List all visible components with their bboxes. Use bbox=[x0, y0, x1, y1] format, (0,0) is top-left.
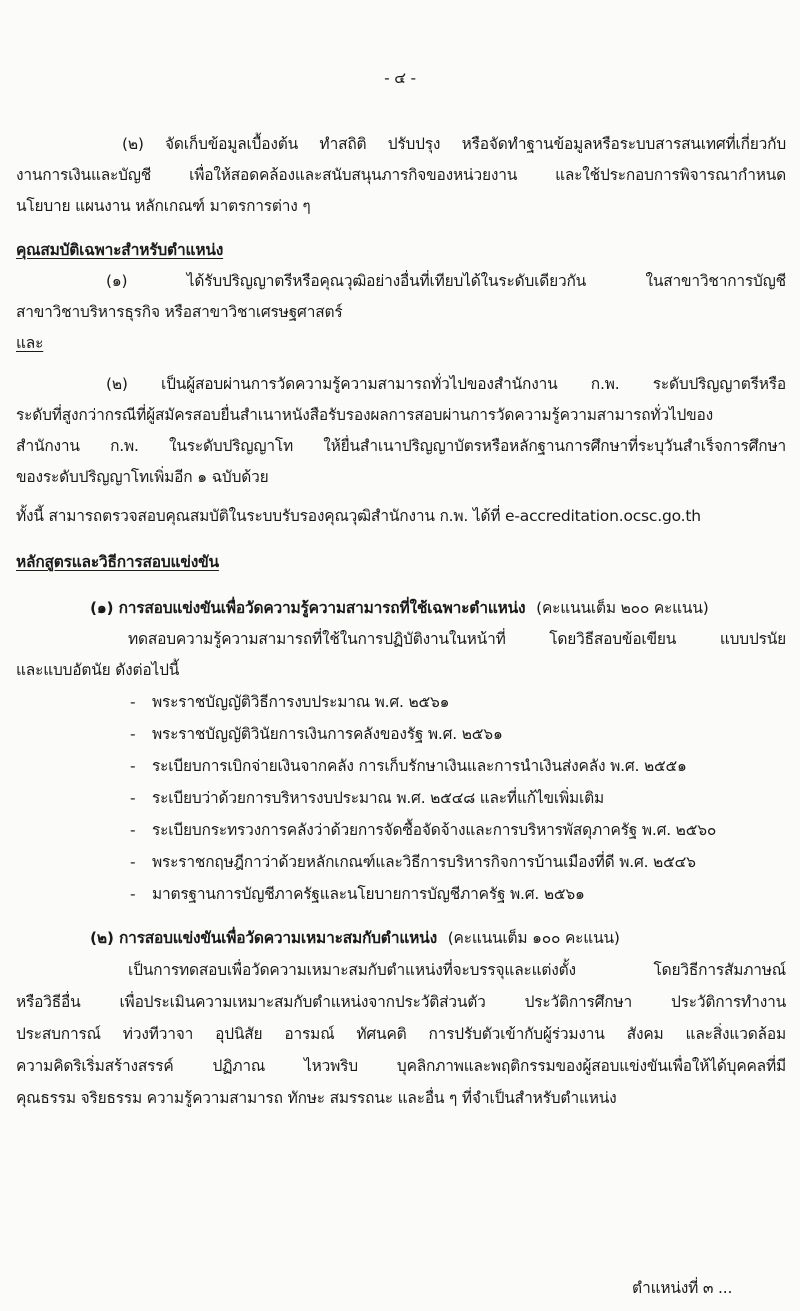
curriculum-heading: หลักสูตรและวิธีการสอบแข่งขัน bbox=[16, 552, 219, 572]
qualification-2-line-1: (๒) เป็นผู้สอบผ่านการวัดความรู้ความสามาร… bbox=[106, 374, 786, 394]
part-2-score: (คะแนนเต็ม ๑๐๐ คะแนน) bbox=[448, 929, 620, 947]
bullet-item: -ระเบียบว่าด้วยการบริหารงบประมาณ พ.ศ. ๒๕… bbox=[130, 788, 604, 808]
duty-2-line-3: นโยบาย แผนงาน หลักเกณฑ์ มาตรการต่าง ๆ bbox=[16, 196, 311, 216]
qualification-2-line-3: สำนักงาน ก.พ. ในระดับปริญญาโท ให้ยื่นสำเ… bbox=[16, 436, 786, 456]
qualification-1-line-1: (๑) ได้รับปริญญาตรีหรือคุณวุฒิอย่างอื่นท… bbox=[106, 271, 786, 291]
bullet-item: -พระราชกฤษฎีกาว่าด้วยหลักเกณฑ์และวิธีการ… bbox=[130, 852, 696, 872]
part-1-title-row: (๑) การสอบแข่งขันเพื่อวัดความรู้ความสามา… bbox=[90, 598, 709, 618]
bullet-item: -ระเบียบการเบิกจ่ายเงินจากคลัง การเก็บรั… bbox=[130, 756, 687, 776]
part-2-desc-line-4: ความคิดริเริ่มสร้างสรรค์ ปฏิภาณ ไหวพริบ … bbox=[16, 1056, 786, 1076]
duty-2-line-2: งานการเงินและบัญชี เพื่อให้สอดคล้องและสน… bbox=[16, 165, 786, 185]
bullet-item: -พระราชบัญญัติวิธีการงบประมาณ พ.ศ. ๒๕๖๑ bbox=[130, 692, 449, 712]
part-2-desc-line-3: ประสบการณ์ ท่วงทีวาจา อุปนิสัย อารมณ์ ทั… bbox=[16, 1024, 786, 1044]
qualification-2-line-2: ระดับที่สูงกว่ากรณีที่ผู้สมัครสอบยื่นสำเ… bbox=[16, 405, 786, 425]
accreditation-note: ทั้งนี้ สามารถตรวจสอบคุณสมบัติในระบบรับร… bbox=[16, 506, 701, 526]
document-page: - ๔ - (๒) จัดเก็บข้อมูลเบื้องต้น ทำสถิติ… bbox=[0, 0, 800, 1311]
part-2-title: (๒) การสอบแข่งขันเพื่อวัดความเหมาะสมกับต… bbox=[90, 929, 437, 947]
duty-2-line-1: (๒) จัดเก็บข้อมูลเบื้องต้น ทำสถิติ ปรับป… bbox=[122, 134, 786, 154]
bullet-item: -ระเบียบกระทรวงการคลังว่าด้วยการจัดซื้อจ… bbox=[130, 820, 716, 840]
part-2-desc-line-5: คุณธรรม จริยธรรม ความรู้ความสามารถ ทักษะ… bbox=[16, 1088, 617, 1108]
qualifications-heading: คุณสมบัติเฉพาะสำหรับตำแหน่ง bbox=[16, 240, 223, 260]
part-1-score: (คะแนนเต็ม ๒๐๐ คะแนน) bbox=[536, 599, 708, 617]
part-2-desc-line-2: หรือวิธีอื่น เพื่อประเมินความเหมาะสมกับต… bbox=[16, 992, 786, 1012]
bullet-item: -พระราชบัญญัติวินัยการเงินการคลังของรัฐ … bbox=[130, 724, 503, 744]
qualification-2-line-4: ของระดับปริญญาโทเพิ่มอีก ๑ ฉบับด้วย bbox=[16, 467, 268, 487]
part-1-title: (๑) การสอบแข่งขันเพื่อวัดความรู้ความสามา… bbox=[90, 599, 525, 617]
page-number: - ๔ - bbox=[0, 68, 800, 88]
part-1-desc-line-1: ทดสอบความรู้ความสามารถที่ใช้ในการปฏิบัติ… bbox=[128, 629, 786, 649]
part-2-title-row: (๒) การสอบแข่งขันเพื่อวัดความเหมาะสมกับต… bbox=[90, 928, 620, 948]
and-label: และ bbox=[16, 333, 43, 353]
part-2-desc-line-1: เป็นการทดสอบเพื่อวัดความเหมาะสมกับตำแหน่… bbox=[128, 960, 786, 980]
part-1-desc-line-2: และแบบอัตนัย ดังต่อไปนี้ bbox=[16, 660, 179, 680]
qualification-1-line-2: สาขาวิชาบริหารธุรกิจ หรือสาขาวิชาเศรษฐศา… bbox=[16, 302, 342, 322]
continuation-note: ตำแหน่งที่ ๓ ... bbox=[632, 1278, 732, 1298]
bullet-item: -มาตรฐานการบัญชีภาครัฐและนโยบายการบัญชีภ… bbox=[130, 884, 585, 904]
